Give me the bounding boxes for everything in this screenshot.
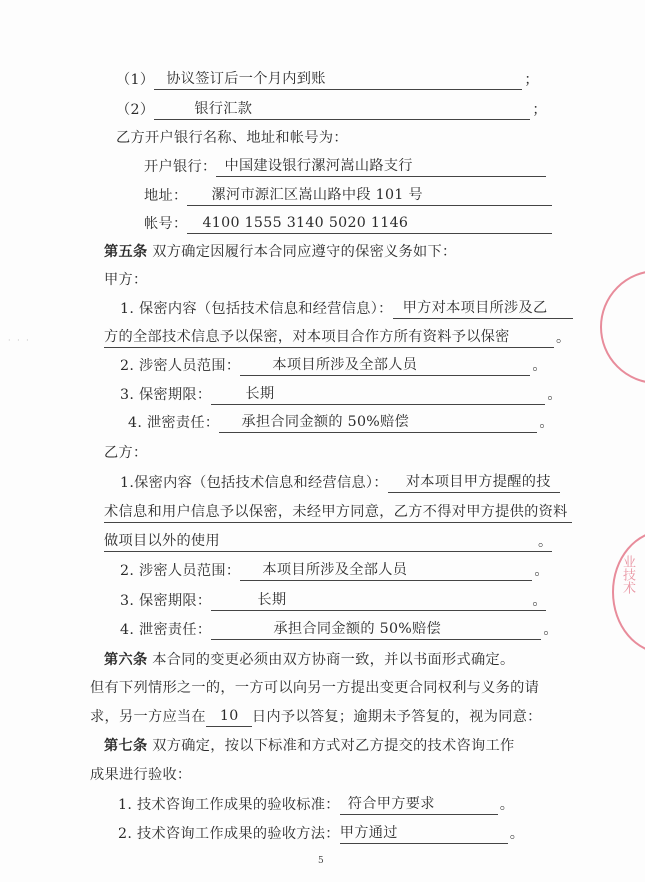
field: 方的全部技术信息予以保密，对本项目合作方所有资料予以保密 [104,328,554,348]
item-label: 1.保密内容（包括技术信息和经营信息）： [120,475,388,491]
field: 承担合同金额的 50%赔偿 [211,620,541,640]
payment-item-2-field: 银行汇款 [154,100,530,120]
field: 符合甲方要求 [340,795,498,815]
bank-name-field: 中国建设银行漯河嵩山路支行 [216,157,546,177]
bank-name-row: 开户银行：中国建设银行漯河嵩山路支行 [144,157,546,177]
party-a-item-4: 4. 泄密责任：承担合同金额的 50%赔偿。 [128,413,554,433]
bank-name-label: 开户银行： [144,159,216,175]
field: 术信息和用户信息予以保密，未经甲方同意，乙方不得对甲方提供的资料 [104,503,572,523]
item-label: 1. 保密内容（包括技术信息和经营信息）： [120,301,393,317]
field: 本项目所涉及全部人员 [240,561,532,581]
item-label: 3. 保密期限： [120,593,211,609]
article-text: 日内予以答复；逾期未予答复的，视为同意： [252,709,542,725]
field: 本项目所涉及全部人员 [240,356,530,376]
field-value: 甲方通过 [340,823,398,843]
field-value: 4100 1555 3140 5020 1146 [202,213,408,233]
seal-stamp-top [600,270,645,384]
item-label: 2. 技术咨询工作成果的验收方法： [118,826,340,842]
field-value: 做项目以外的使用 [104,531,220,551]
punct: 。 [539,415,554,431]
article-7-line-1: 第七条 双方确定，按以下标准和方式对乙方提交的技术咨询工作 [104,736,514,756]
field: 承担合同金额的 50%赔偿 [219,413,537,433]
field-value: 10 [220,706,239,726]
punct: 。 [532,358,547,374]
field: 甲方通过 [340,824,508,844]
article-text: 双方确定，按以下标准和方式对乙方提交的技术咨询工作 [152,738,514,754]
item-label: 2. 涉密人员范围： [120,358,240,374]
punct: 。 [543,622,558,638]
punct: 。 [556,330,571,346]
party-b-item-1: 1.保密内容（包括技术信息和经营信息）：对本项目甲方提醒的技 [120,473,560,493]
party-a-item-2: 2. 涉密人员范围：本项目所涉及全部人员。 [120,356,547,376]
item-label: 4. 泄密责任： [120,622,211,638]
field: 对本项目甲方提醒的技 [388,473,560,493]
payment-item-1-field: 协议签订后一个月内到账 [154,70,522,90]
item-label: 4. 泄密责任： [128,415,219,431]
party-b-item-1-cont2: 做项目以外的使用。 [104,532,553,552]
item-label: 2. 涉密人员范围： [120,563,240,579]
party-a-item-3: 3. 保密期限：长期。 [120,385,562,405]
page-number: 5 [318,856,324,866]
item-label: （1） [116,72,154,88]
field-value: 协议签订后一个月内到账 [166,69,325,89]
field-value: 中国建设银行漯河嵩山路支行 [224,156,412,176]
field-value: 漯河市源汇区嵩山路中段 101 号 [211,185,422,205]
article-text: 本合同的变更必须由双方协商一致，并以书面形式确定。 [152,652,514,668]
bank-account-field: 4100 1555 3140 5020 1146 [187,214,552,234]
bank-address-row: 地址：漯河市源汇区嵩山路中段 101 号 [144,186,552,206]
party-b-item-3: 3. 保密期限：长期。 [120,591,547,611]
field: 甲方对本项目所涉及乙 [393,299,573,319]
field-value: 本项目所涉及全部人员 [272,355,417,375]
field-value: 甲方对本项目所涉及乙 [403,298,548,318]
payment-item-2: （2）银行汇款； [116,100,547,120]
party-b-item-1-cont: 术信息和用户信息予以保密，未经甲方同意，乙方不得对甲方提供的资料 [104,503,572,523]
article-6-line-1: 第六条 本合同的变更必须由双方协商一致，并以书面形式确定。 [104,650,514,670]
field-value: 银行汇款 [194,99,252,119]
item-label: （2） [116,102,154,118]
item-label: 3. 保密期限： [120,387,211,403]
bank-account-label: 帐号： [144,216,187,232]
bank-account-row: 帐号：4100 1555 3140 5020 1146 [144,214,552,234]
field: 长期 [211,591,546,611]
party-b-item-2: 2. 涉密人员范围：本项目所涉及全部人员。 [120,561,549,581]
punct: 。 [510,826,525,842]
punct: ； [532,102,547,118]
party-a-label: 甲方： [104,270,147,290]
party-b-label: 乙方： [104,443,147,463]
party-b-item-4: 4. 泄密责任：承担合同金额的 50%赔偿。 [120,620,558,640]
field-value: 本项目所涉及全部人员 [262,560,407,580]
punct: ； [524,72,539,88]
article-number: 第七条 [104,738,147,754]
field-value: 术信息和用户信息予以保密，未经甲方同意，乙方不得对甲方提供的资料 [104,502,568,522]
field-value: 对本项目甲方提醒的技 [406,472,551,492]
article-6-line-2: 但有下列情形之一的，一方可以向另一方提出变更合同权利与义务的请 [90,678,539,698]
scan-noise: · · · [8,336,31,345]
field: 做项目以外的使用 [104,532,552,552]
field-value: 方的全部技术信息予以保密，对本项目合作方所有资料予以保密 [104,327,510,347]
article-5-heading: 第五条 双方确定因履行本合同应遵守的保密义务如下： [104,242,457,262]
article-text: 双方确定因履行本合同应遵守的保密义务如下： [152,244,456,260]
field-value: 长期 [245,384,274,404]
article-text: 求，另一方应当在 [90,709,206,725]
field-value: 符合甲方要求 [348,794,435,814]
party-a-item-1-cont: 方的全部技术信息予以保密，对本项目合作方所有资料予以保密。 [104,328,571,348]
punct: 。 [547,387,562,403]
punct: 。 [534,563,549,579]
payment-item-1: （1）协议签订后一个月内到账； [116,70,539,90]
article-7-line-2: 成果进行验收： [90,765,191,785]
bank-intro: 乙方开户银行名称、地址和帐号为： [116,128,348,148]
bank-address-field: 漯河市源汇区嵩山路中段 101 号 [187,186,552,206]
article-number: 第五条 [104,244,147,260]
field-value: 长期 [257,590,286,610]
article-6-line-3: 求，另一方应当在10日内予以答复；逾期未予答复的，视为同意： [90,707,542,727]
article-7-item-1: 1. 技术咨询工作成果的验收标准：符合甲方要求。 [118,795,514,815]
item-label: 1. 技术咨询工作成果的验收标准： [118,797,340,813]
article-number: 第六条 [104,652,147,668]
field-value: 承担合同金额的 50%赔偿 [241,412,409,432]
punct: 。 [500,797,515,813]
article-7-item-2: 2. 技术咨询工作成果的验收方法：甲方通过。 [118,824,524,844]
field-value: 承担合同金额的 50%赔偿 [273,619,441,639]
field: 长期 [211,385,545,405]
seal-stamp-text: 业技术 [618,555,637,594]
days-field: 10 [206,707,252,727]
bank-address-label: 地址： [144,188,187,204]
party-a-item-1: 1. 保密内容（包括技术信息和经营信息）：甲方对本项目所涉及乙 [120,299,573,319]
